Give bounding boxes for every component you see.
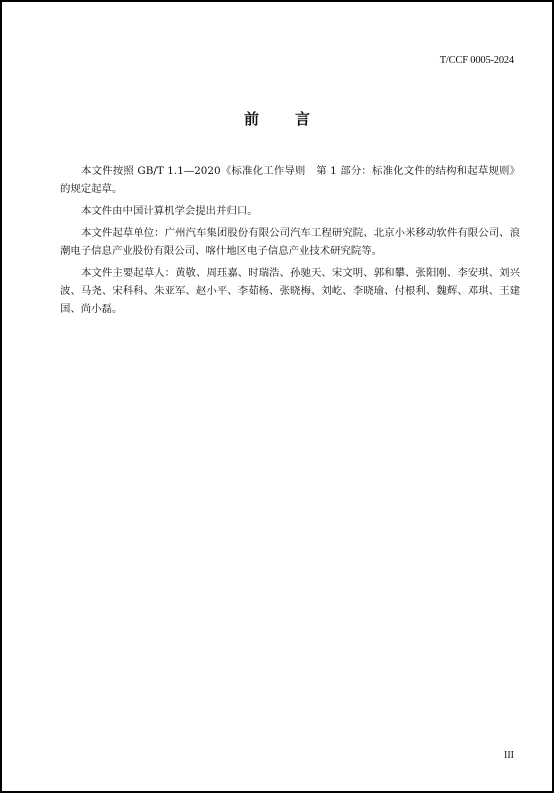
paragraph-drafting-units: 本文件起草单位：广州汽车集团股份有限公司汽车工程研究院、北京小米移动软件有限公司… <box>60 224 520 260</box>
document-page: T/CCF 0005-2024 前言 本文件按照 GB/T 1.1—2020《标… <box>0 0 554 793</box>
page-number: III <box>504 750 514 761</box>
paragraph-drafters: 本文件主要起草人：黄敬、周珏嘉、时瑞浩、孙驰天、宋文明、郭和攀、张阳刚、李安琪、… <box>60 264 520 318</box>
paragraph-drafting-rules: 本文件按照 GB/T 1.1—2020《标准化工作导则 第 1 部分：标准化文件… <box>60 162 520 198</box>
title-char-2: 言 <box>295 108 310 129</box>
standard-code: T/CCF 0005-2024 <box>440 55 514 66</box>
page-title: 前言 <box>2 108 552 129</box>
title-char-1: 前 <box>244 108 259 129</box>
paragraph-proposer: 本文件由中国计算机学会提出并归口。 <box>60 202 520 220</box>
foreword-body: 本文件按照 GB/T 1.1—2020《标准化工作导则 第 1 部分：标准化文件… <box>60 162 520 318</box>
